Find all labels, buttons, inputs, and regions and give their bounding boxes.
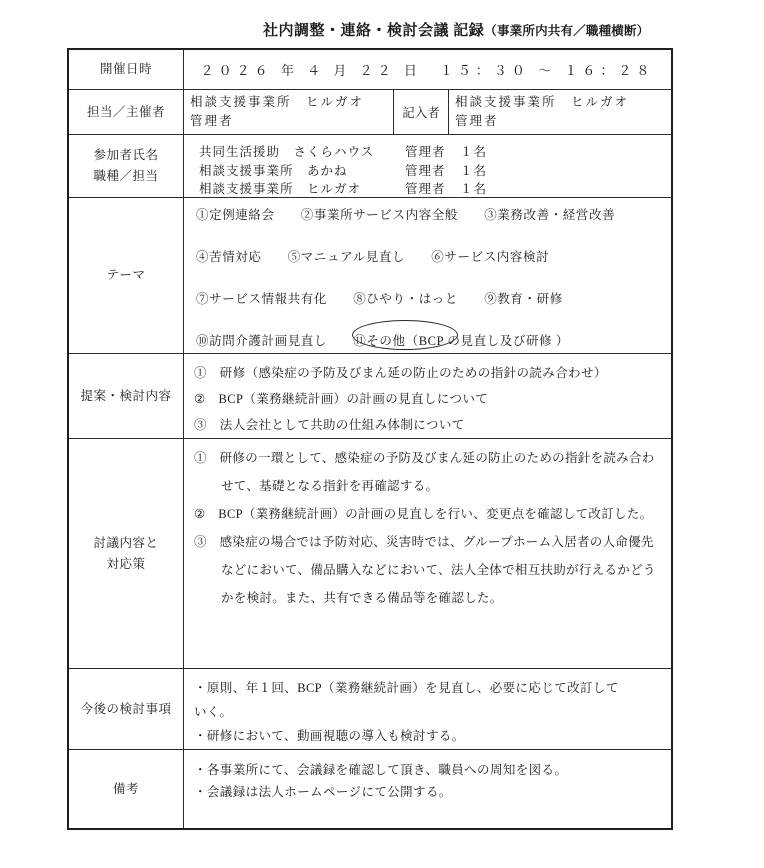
theme-options-line: ⑦サービス情報共有化 ⑧ひやり・はっと ⑨教育・研修 [196, 291, 671, 307]
row-organizer: 担当／主催者 相談支援事業所 ヒルガオ 管理者 記入者 相談支援事業所 ヒルガオ… [69, 90, 671, 135]
discussion-cell: ① 研修の一環として、感染症の予防及びまん延の防止のための指針を読み合わせて、基… [184, 439, 671, 668]
page-title-main: 社内調整・連絡・検討会議 記録 [263, 23, 484, 39]
proposal-items: ① 研修（感染症の予防及びまん延の防止のための指針の読み合わせ） ② BCP（業… [184, 354, 671, 438]
proposal-cell: ① 研修（感染症の予防及びまん延の防止のための指針の読み合わせ） ② BCP（業… [184, 354, 671, 438]
row-participants: 参加者氏名 職種／担当 共同生活援助 さくらハウス 管理者 １名 相談支援事業所… [69, 135, 671, 198]
page-title-sub: （事業所内共有／職種横断） [484, 24, 649, 38]
theme-options-line: ④苦情対応 ⑤マニュアル見直し ⑥サービス内容検討 [196, 249, 671, 265]
participant-org: 相談支援事業所 あかね [199, 162, 405, 181]
datetime-label: 開催日時 [69, 50, 184, 89]
row-theme: テーマ ①定例連絡会 ②事業所サービス内容全般 ③業務改善・経営改善 ④苦情対応… [69, 198, 671, 354]
datetime-value: ２０２６ 年 ４ 月 ２２ 日 １５：３０ ～ １６：２８ [184, 50, 671, 89]
participant-role: 管理者 [405, 180, 460, 199]
row-future: 今後の検討事項 ・原則、年１回、BCP（業務継続計画）を見直し、必要に応じて改訂… [69, 669, 671, 750]
participant-role: 管理者 [405, 162, 460, 181]
notes-label: 備考 [69, 750, 184, 828]
organizer-wrap: 相談支援事業所 ヒルガオ 管理者 記入者 相談支援事業所 ヒルガオ 管理者 [184, 90, 671, 134]
recorder-value: 相談支援事業所 ヒルガオ 管理者 [449, 90, 671, 134]
theme-label: テーマ [69, 198, 184, 353]
discussion-item: ③ 感染症の場合では予防対応、災害時では、グループホーム入居者の人命優先などにお… [194, 528, 661, 612]
participant-org: 共同生活援助 さくらハウス [199, 143, 405, 162]
participant-role: 管理者 [405, 143, 460, 162]
participant-row: 共同生活援助 さくらハウス 管理者 １名 [199, 143, 671, 162]
discussion-item: ② BCP（業務継続計画）の計画の見直しを行い、変更点を確認して改訂した。 [194, 500, 661, 528]
participant-count: １名 [460, 143, 671, 162]
row-discussion: 討議内容と 対応策 ① 研修の一環として、感染症の予防及びまん延の防止のための指… [69, 439, 671, 669]
theme-options: ①定例連絡会 ②事業所サービス内容全般 ③業務改善・経営改善 ④苦情対応 ⑤マニ… [184, 198, 671, 349]
theme-options-line: ①定例連絡会 ②事業所サービス内容全般 ③業務改善・経営改善 [196, 207, 671, 223]
participants-cell: 共同生活援助 さくらハウス 管理者 １名 相談支援事業所 あかね 管理者 １名 … [184, 135, 671, 197]
row-notes: 備考 ・各事業所にて、会議録を確認して頂き、職員への周知を図る。 ・会議録は法人… [69, 750, 671, 828]
proposal-item: ② BCP（業務継続計画）の計画の見直しについて [194, 386, 663, 412]
proposal-item: ① 研修（感染症の予防及びまん延の防止のための指針の読み合わせ） [194, 360, 663, 386]
discussion-item: ① 研修の一環として、感染症の予防及びまん延の防止のための指針を読み合わせて、基… [194, 444, 661, 500]
discussion-label: 討議内容と 対応策 [69, 439, 184, 668]
recorder-label: 記入者 [394, 90, 449, 134]
organizer-label: 担当／主催者 [69, 90, 184, 134]
participant-row: 相談支援事業所 あかね 管理者 １名 [199, 162, 671, 181]
participants-list: 共同生活援助 さくらハウス 管理者 １名 相談支援事業所 あかね 管理者 １名 … [184, 135, 671, 199]
future-cell: ・原則、年１回、BCP（業務継続計画）を見直し、必要に応じて改訂して いく。 ・… [184, 669, 671, 749]
organizer-cell: 相談支援事業所 ヒルガオ 管理者 記入者 相談支援事業所 ヒルガオ 管理者 [184, 90, 671, 134]
discussion-items: ① 研修の一環として、感染症の予防及びまん延の防止のための指針を読み合わせて、基… [184, 439, 671, 612]
proposal-label: 提案・検討内容 [69, 354, 184, 438]
page-title: 社内調整・連絡・検討会議 記録（事業所内共有／職種横断） [263, 19, 649, 40]
notes-value: ・各事業所にて、会議録を確認して頂き、職員への周知を図る。 ・会議録は法人ホーム… [184, 750, 671, 803]
participant-org: 相談支援事業所 ヒルガオ [199, 180, 405, 199]
document-page: 社内調整・連絡・検討会議 記録（事業所内共有／職種横断） 開催日時 ２０２６ 年… [0, 0, 764, 868]
organizer-value: 相談支援事業所 ヒルガオ 管理者 [184, 90, 394, 134]
participant-row: 相談支援事業所 ヒルガオ 管理者 １名 [199, 180, 671, 199]
datetime-cell: ２０２６ 年 ４ 月 ２２ 日 １５：３０ ～ １６：２８ [184, 50, 671, 89]
participant-count: １名 [460, 162, 671, 181]
future-label: 今後の検討事項 [69, 669, 184, 749]
row-datetime: 開催日時 ２０２６ 年 ４ 月 ２２ 日 １５：３０ ～ １６：２８ [69, 50, 671, 90]
theme-cell: ①定例連絡会 ②事業所サービス内容全般 ③業務改善・経営改善 ④苦情対応 ⑤マニ… [184, 198, 671, 353]
participant-count: １名 [460, 180, 671, 199]
theme-options-line: ⑩訪問介護計画見直し ⑪その他（BCP の見直し及び研修 ） [196, 333, 671, 349]
meeting-record-table: 開催日時 ２０２６ 年 ４ 月 ２２ 日 １５：３０ ～ １６：２８ 担当／主催… [67, 48, 673, 830]
future-value: ・原則、年１回、BCP（業務継続計画）を見直し、必要に応じて改訂して いく。 ・… [184, 669, 671, 748]
participants-label: 参加者氏名 職種／担当 [69, 135, 184, 197]
notes-cell: ・各事業所にて、会議録を確認して頂き、職員への周知を図る。 ・会議録は法人ホーム… [184, 750, 671, 828]
proposal-item: ③ 法人会社として共助の仕組み体制について [194, 412, 663, 438]
row-proposal: 提案・検討内容 ① 研修（感染症の予防及びまん延の防止のための指針の読み合わせ）… [69, 354, 671, 439]
